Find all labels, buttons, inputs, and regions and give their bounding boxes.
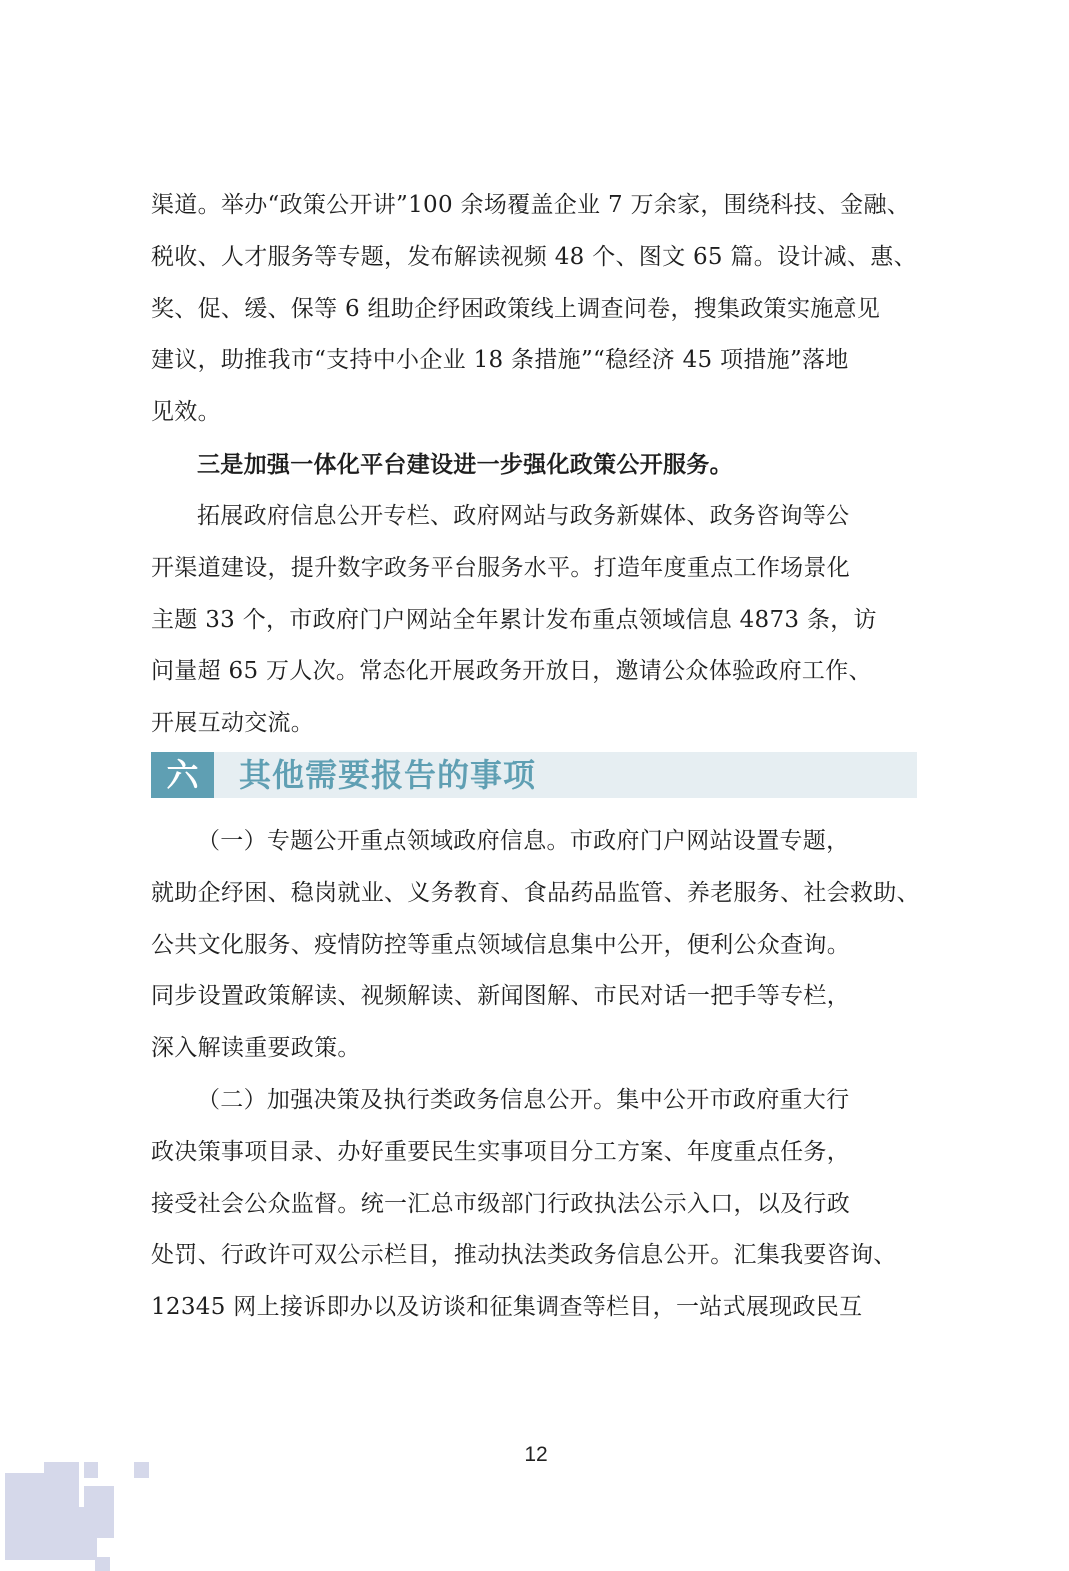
section-title: 其他需要报告的事项 bbox=[239, 752, 536, 798]
text-line: 处罚、行政许可双公示栏目，推动执法类政务信息公开。汇集我要咨询、 bbox=[151, 1230, 917, 1282]
text-line: 同步设置政策解读、视频解读、新闻图解、市民对话一把手等专栏， bbox=[151, 971, 917, 1023]
text-line: 接受社会公众监督。统一汇总市级部门行政执法公示入口，以及行政 bbox=[151, 1179, 917, 1231]
text-line: 建议，助推我市“支持中小企业 18 条措施”“稳经济 45 项措施”落地 bbox=[151, 335, 917, 387]
text-line: 奖、促、缓、保等 6 组助企纾困政策线上调查问卷，搜集政策实施意见 bbox=[151, 284, 917, 336]
text-line: 公共文化服务、疫情防控等重点领域信息集中公开，便利公众查询。 bbox=[151, 920, 917, 972]
decoration-square bbox=[84, 1486, 114, 1508]
section-heading: 六 其他需要报告的事项 bbox=[151, 752, 917, 798]
document-page: 渠道。举办“政策公开讲”100 余场覆盖企业 7 万余家，围绕科技、金融、 税收… bbox=[0, 0, 1069, 1571]
text-line: 深入解读重要政策。 bbox=[151, 1023, 917, 1075]
point-three-heading: 三是加强一体化平台建设进一步强化政策公开服务。 bbox=[151, 439, 917, 491]
decoration-square bbox=[134, 1462, 149, 1478]
decoration-square bbox=[84, 1462, 98, 1478]
section-number: 六 bbox=[151, 752, 214, 798]
text-line: 开展互动交流。 bbox=[151, 698, 917, 750]
paragraph-point-three: 拓展政府信息公开专栏、政府网站与政务新媒体、政务咨询等公 开渠道建设，提升数字政… bbox=[151, 491, 917, 750]
text-line: 渠道。举办“政策公开讲”100 余场覆盖企业 7 万余家，围绕科技、金融、 bbox=[151, 180, 917, 232]
text-line: 拓展政府信息公开专栏、政府网站与政务新媒体、政务咨询等公 bbox=[151, 491, 917, 543]
text-line: 12345 网上接诉即办以及访谈和征集调查等栏目，一站式展现政民互 bbox=[151, 1282, 917, 1334]
paragraph-item-two: （二）加强决策及执行类政务信息公开。集中公开市政府重大行 政决策事项目录、办好重… bbox=[151, 1075, 917, 1334]
text-line: 税收、人才服务等专题，发布解读视频 48 个、图文 65 篇。设计减、惠、 bbox=[151, 232, 917, 284]
decoration-square bbox=[95, 1557, 110, 1571]
text-line: 主题 33 个，市政府门户网站全年累计发布重点领域信息 4873 条，访 bbox=[151, 595, 917, 647]
text-line: 政决策事项目录、办好重要民生实事项目分工方案、年度重点任务， bbox=[151, 1127, 917, 1179]
paragraph-continuation: 渠道。举办“政策公开讲”100 余场覆盖企业 7 万余家，围绕科技、金融、 税收… bbox=[151, 180, 917, 439]
text-line: 就助企纾困、稳岗就业、义务教育、食品药品监管、养老服务、社会救助、 bbox=[151, 868, 917, 920]
paragraph-item-one: （一）专题公开重点领域政府信息。市政府门户网站设置专题， 就助企纾困、稳岗就业、… bbox=[151, 816, 917, 1075]
decoration-square bbox=[67, 1508, 114, 1538]
text-line: 开渠道建设，提升数字政务平台服务水平。打造年度重点工作场景化 bbox=[151, 543, 917, 595]
text-line: 三是加强一体化平台建设进一步强化政策公开服务。 bbox=[151, 439, 917, 491]
text-line: 问量超 65 万人次。常态化开展政务开放日，邀请公众体验政府工作、 bbox=[151, 646, 917, 698]
decoration-square bbox=[44, 1462, 79, 1502]
text-line: （二）加强决策及执行类政务信息公开。集中公开市政府重大行 bbox=[151, 1075, 917, 1127]
text-line: （一）专题公开重点领域政府信息。市政府门户网站设置专题， bbox=[151, 816, 917, 868]
text-line: 见效。 bbox=[151, 387, 917, 439]
page-number: 12 bbox=[510, 1443, 562, 1467]
